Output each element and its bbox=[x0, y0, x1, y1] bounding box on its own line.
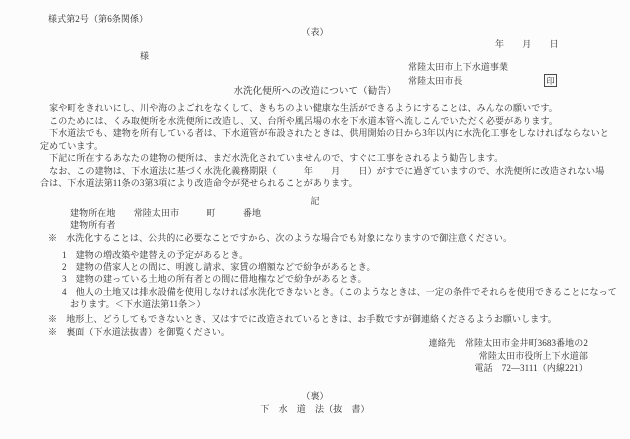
seal-box: 印 bbox=[544, 74, 557, 87]
contact-address-line: 連絡先 常陸太田市金井町3683番地の2 bbox=[428, 338, 588, 349]
case-item: 1 建物の増改築や建替えの予定があるとき。 bbox=[62, 250, 248, 261]
body-line: 下水道法でも、建物を所有している者は、下水道管が布設されたときは、供用開始の日か… bbox=[40, 128, 609, 139]
note-intro: ※ 水洗化することは、公共的に必要なことですから、次のような場合でも対象になりま… bbox=[48, 233, 512, 244]
date-line: 年 月 日 bbox=[495, 39, 559, 50]
note-terrain: ※ 地形上、どうしてもできないとき、又はすでに改造されているときは、お手数ですが… bbox=[48, 314, 557, 325]
body-line: 定めています。 bbox=[40, 141, 103, 152]
sender-mayor: 常陸太田市長 bbox=[408, 76, 463, 87]
body-line: なお、この建物は、下水道法に基づく水洗化義務期限（ 年 月 日）がすでに過ぎてい… bbox=[40, 166, 604, 177]
sender-business: 常陸太田市上下水道事業 bbox=[408, 62, 508, 73]
contact-phone-line: 電話 72―3111（内線221） bbox=[474, 363, 588, 374]
body-line: このためには、くみ取便所を水洗便所に改造し、又、台所や風呂場の水を下水道本管へ流… bbox=[40, 116, 558, 127]
property-location-line: 建物所在地 常陸太田市 町 番地 bbox=[70, 208, 261, 219]
form-number: 様式第2号（第6条関係） bbox=[48, 14, 148, 25]
side-label-back: （裏） bbox=[0, 391, 630, 402]
document-page: 様式第2号（第6条関係） （表） 年 月 日 様 常陸太田市上下水道事業 常陸太… bbox=[0, 0, 630, 439]
body-line: 家や町をきれいにし、川や海のよごれをなくして、きもちのよい健康な生活ができるよう… bbox=[40, 103, 558, 114]
case-item: 4 他人の土地又は排水設備を使用しなければ水洗化できないとき。（このようなときは… bbox=[62, 287, 617, 298]
side-label-front: （表） bbox=[0, 27, 630, 38]
case-item-continuation: おります。＜下水道法第11条＞） bbox=[70, 299, 206, 310]
note-back: ※ 裏面（下水道法抜書）を御覧ください。 bbox=[48, 327, 230, 338]
addressee-honorific: 様 bbox=[140, 51, 149, 62]
case-item: 3 建物の建っている土地の所有者との間に借地権などで紛争があるとき。 bbox=[62, 274, 367, 285]
back-title: 下 水 道 法（抜 書） bbox=[0, 404, 630, 415]
property-owner-line: 建物所有者 bbox=[70, 220, 116, 231]
body-line: 合は、下水道法第11条の3第3項により改造命令が発せられることがあります。 bbox=[40, 178, 358, 189]
case-item: 2 建物の借家人との間に、明渡し請求、家賃の増額などで紛争があるとき。 bbox=[62, 262, 376, 273]
body-line: 下記に所在するあなたの建物の便所は、まだ水洗化されていませんので、すぐに工事をさ… bbox=[40, 153, 503, 164]
document-title: 水洗化便所への改造について（勧告） bbox=[0, 87, 630, 98]
contact-office-line: 常陸太田市役所上下水道部 bbox=[479, 351, 588, 362]
kicker: 記 bbox=[0, 196, 630, 207]
